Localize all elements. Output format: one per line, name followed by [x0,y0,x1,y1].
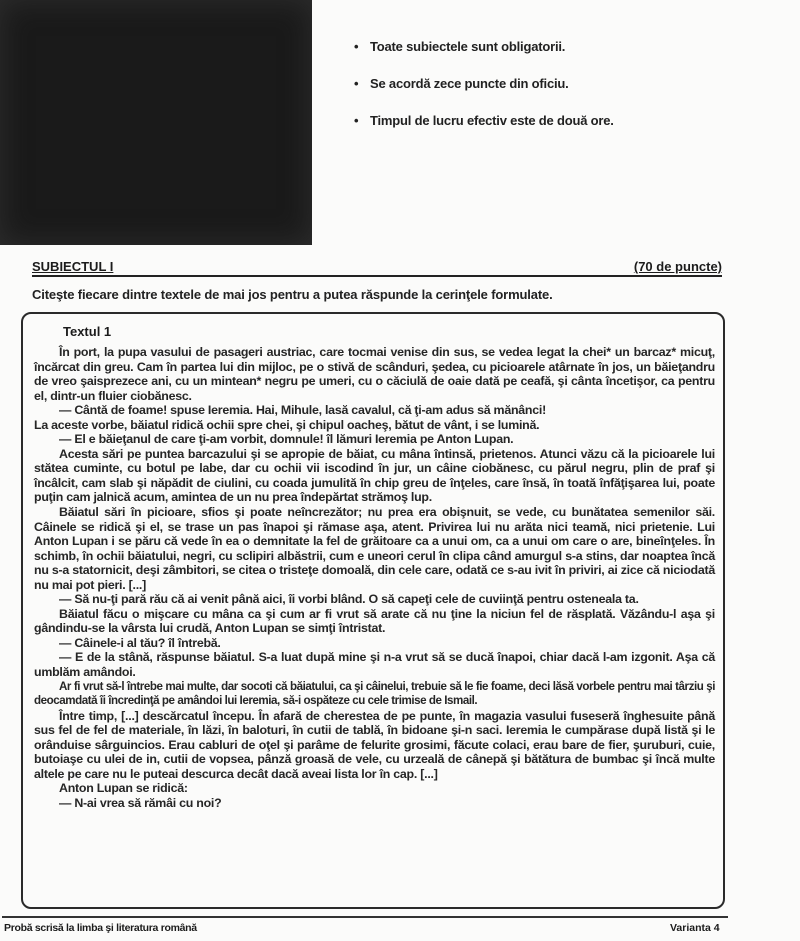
subject-instruction: Citeşte fiecare dintre textele de mai jo… [32,287,553,302]
subject-points: (70 de puncte) [634,259,722,274]
paragraph: Acesta sări pe puntea barcazului şi se a… [34,447,715,505]
footer-divider [2,916,728,918]
paragraph: — Cântă de foame! spuse Ieremia. Hai, Mi… [34,403,715,418]
paragraph: La aceste vorbe, băiatul ridică ochii sp… [34,418,715,433]
paragraph: Între timp, [...] descărcatul începu. În… [34,709,715,782]
footer-exam-name: Probă scrisă la limba şi literatura româ… [4,922,197,934]
text-1-title: Textul 1 [63,324,111,339]
subject-header: SUBIECTUL I (70 de puncte) [32,259,722,277]
paragraph: Anton Lupan se ridică: [34,781,715,796]
paragraph: Băiatul făcu o mişcare cu mâna ca şi cum… [34,607,715,636]
paragraph: — N-ai vrea să rămâi cu noi? [34,796,715,811]
paragraph: — Să nu-ţi pară rău că ai venit până aic… [34,592,715,607]
rule-item: Timpul de lucru efectiv este de două ore… [352,112,614,149]
exam-rules-list: Toate subiectele sunt obligatorii. Se ac… [352,38,614,149]
paragraph: Băiatul sări în picioare, sfios şi poate… [34,505,715,592]
rule-item: Se acordă zece puncte din oficiu. [352,75,614,112]
paragraph: În port, la pupa vasului de pasageri aus… [34,345,715,403]
paragraph: Ar fi vrut să-l întrebe mai multe, dar s… [34,680,715,709]
subject-title: SUBIECTUL I [32,259,113,274]
paragraph: — E de la stână, răspunse băiatul. S-a l… [34,650,715,679]
footer-variant: Varianta 4 [670,922,720,934]
text-1-passage: În port, la pupa vasului de pasageri aus… [34,345,715,811]
paragraph: — El e băieţanul de care ţi-am vorbit, d… [34,432,715,447]
redacted-block [0,0,312,245]
rule-item: Toate subiectele sunt obligatorii. [352,38,614,75]
paragraph: — Câinele-i al tău? îl întrebă. [34,636,715,651]
text-1-box: Textul 1 În port, la pupa vasului de pas… [21,312,725,909]
